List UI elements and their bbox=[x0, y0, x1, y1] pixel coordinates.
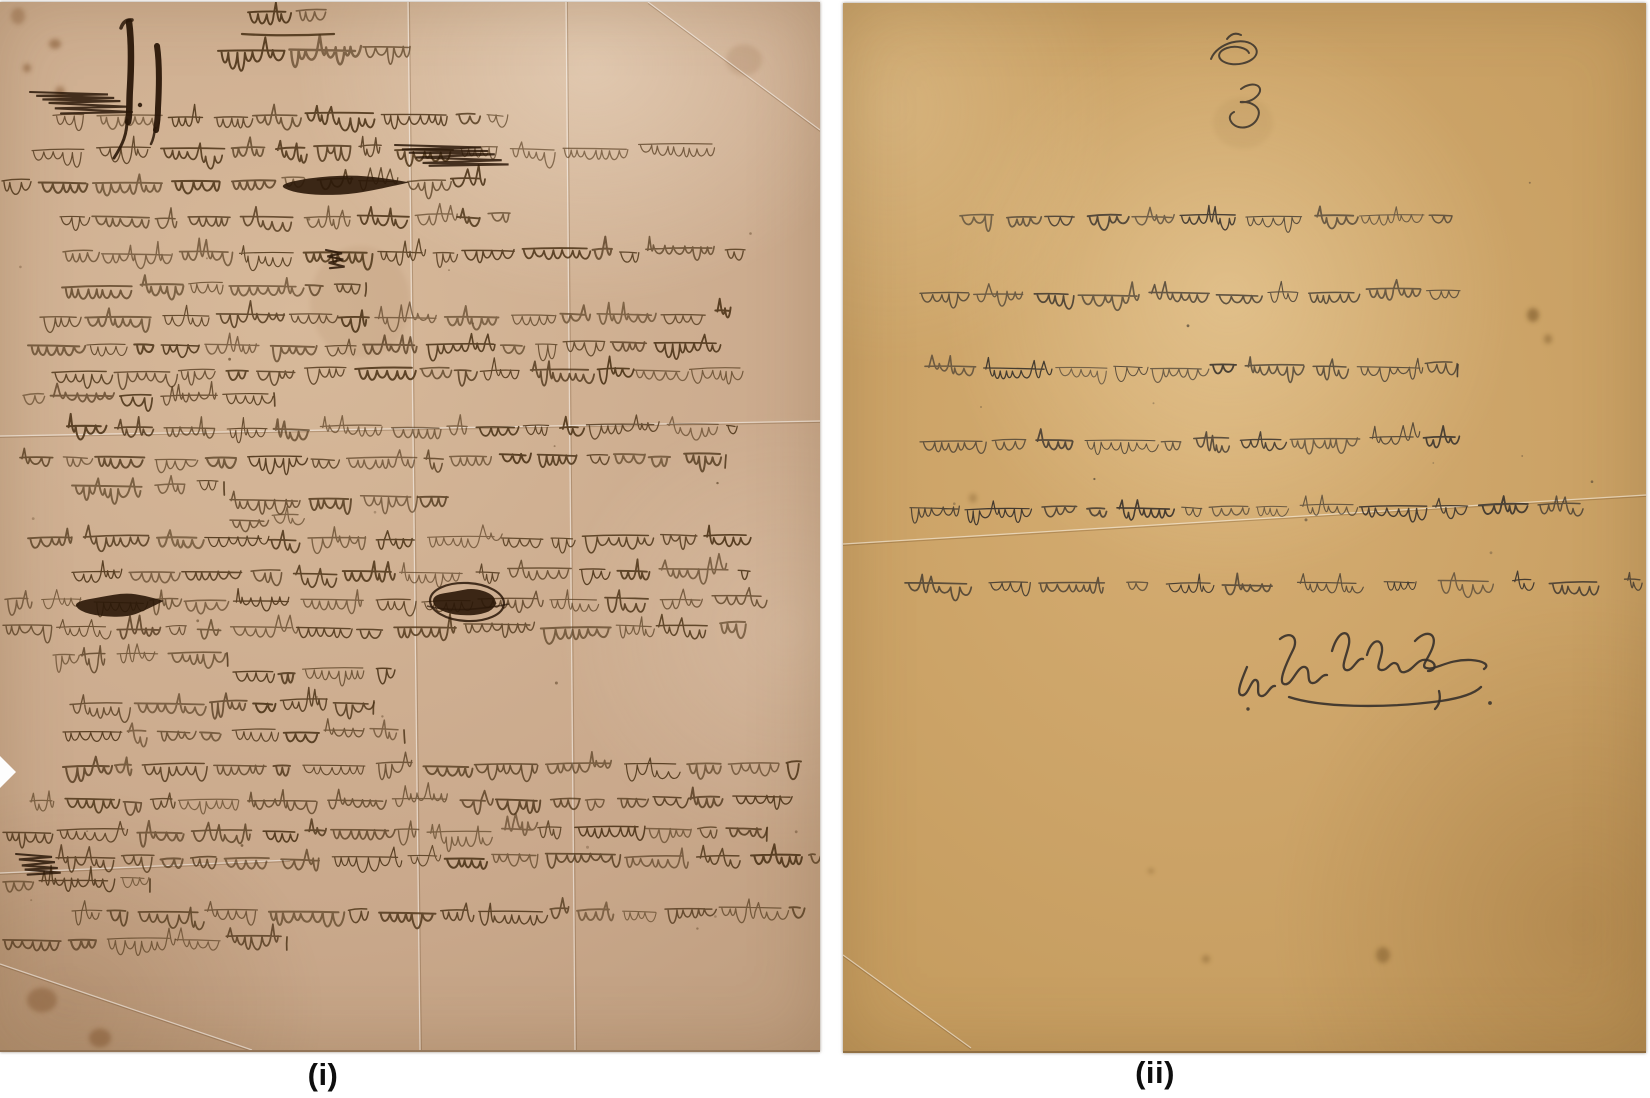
handwriting-line: দিবেন না। উভয়ের প্রস্থান। bbox=[3, 924, 287, 955]
fold-crease bbox=[843, 495, 1646, 545]
handwriting-line bbox=[56, 844, 820, 872]
handwriting-dateline: করুন এই কামনা করি। ইতি ১৮ ফাল্গুন ১৩৩১ bbox=[905, 571, 1642, 600]
handwriting-line bbox=[32, 136, 714, 168]
fold-crease bbox=[408, 2, 421, 1050]
fold-crease bbox=[843, 955, 971, 1049]
figure-two-manuscript-pages: বিসর্জনপ্রথম দিন ভোরউভয়ের প্রস্থান।প্রথ… bbox=[0, 0, 1650, 1098]
handwriting-title: বিসর্জন bbox=[242, 3, 334, 36]
handwriting-line bbox=[30, 783, 792, 815]
signature-rabindranath: রবীন্দ্রনাথ ঠাকুর bbox=[1239, 633, 1492, 710]
stain bbox=[23, 64, 31, 73]
handwriting-line bbox=[72, 554, 750, 587]
handwriting-line bbox=[3, 813, 767, 851]
ink-blot bbox=[282, 172, 409, 197]
handwriting-line: চেষ্টা করছেন শুনে আনন্দিত হয়েছি। bbox=[925, 355, 1458, 384]
handwriting-line bbox=[60, 204, 510, 231]
stain bbox=[969, 493, 977, 502]
stain bbox=[89, 1029, 111, 1048]
stain bbox=[1202, 955, 1210, 963]
fold-creases bbox=[843, 495, 1646, 1049]
handwriting-line: সকলের প্রস্থান। bbox=[53, 644, 228, 673]
stain bbox=[726, 44, 762, 75]
handwriting-line bbox=[3, 614, 746, 644]
stain bbox=[1213, 97, 1273, 148]
scratch-out-mark bbox=[30, 92, 133, 113]
handwriting-line bbox=[23, 382, 275, 411]
stain bbox=[1527, 308, 1539, 322]
handwriting-insert: প্রত্যূষ bbox=[230, 507, 304, 532]
handwriting-heading: ১ম দিন দ্বিপ্রহরে bbox=[233, 668, 395, 686]
manuscript-page-ii: চেষ্টা করছেন শুনে আনন্দিত হয়েছি।করুন এই… bbox=[843, 3, 1646, 1053]
handwriting-line bbox=[920, 280, 1460, 310]
handwriting-line bbox=[20, 448, 726, 474]
handwriting-layer-i: বিসর্জনপ্রথম দিন ভোরউভয়ের প্রস্থান।প্রথ… bbox=[0, 2, 820, 1050]
stain bbox=[1544, 334, 1552, 343]
panel-caption-ii: (ii) bbox=[1135, 1055, 1175, 1091]
torn-edge-notch bbox=[0, 756, 16, 788]
stain bbox=[1148, 868, 1154, 873]
handwriting-line bbox=[28, 525, 751, 554]
manuscript-page-i: বিসর্জনপ্রথম দিন ভোরউভয়ের প্রস্থান।প্রথ… bbox=[0, 2, 820, 1052]
handwriting-layer-ii: চেষ্টা করছেন শুনে আনন্দিত হয়েছি।করুন এই… bbox=[843, 3, 1646, 1051]
stain bbox=[310, 246, 410, 358]
stain bbox=[49, 39, 61, 49]
stain-layer bbox=[11, 8, 762, 1048]
handwriting-line bbox=[63, 237, 745, 271]
ink-blot bbox=[75, 591, 165, 620]
ink-blot bbox=[427, 581, 509, 623]
ink-specks bbox=[953, 182, 1593, 554]
tally-bars-mark bbox=[114, 20, 159, 158]
handwriting-line bbox=[960, 205, 1452, 232]
stain bbox=[11, 8, 25, 25]
handwriting-line: উভয়ের প্রস্থান। bbox=[72, 476, 224, 504]
stain-layer bbox=[969, 97, 1552, 963]
handwriting-line bbox=[63, 752, 801, 782]
handwriting-line bbox=[53, 105, 508, 132]
fold-crease bbox=[648, 2, 820, 131]
handwriting-line bbox=[52, 356, 743, 389]
handwriting-line bbox=[63, 719, 405, 747]
stain bbox=[1376, 947, 1390, 963]
stain bbox=[27, 988, 57, 1012]
handwriting-line bbox=[72, 898, 805, 930]
handwriting-line bbox=[920, 423, 1459, 455]
handwriting-line bbox=[70, 687, 374, 722]
panel-caption-i: (i) bbox=[308, 1057, 339, 1093]
fold-crease bbox=[566, 2, 576, 1050]
handwriting-subtitle: প্রথম দিন ভোর bbox=[218, 35, 410, 71]
handwriting-line bbox=[2, 165, 485, 198]
